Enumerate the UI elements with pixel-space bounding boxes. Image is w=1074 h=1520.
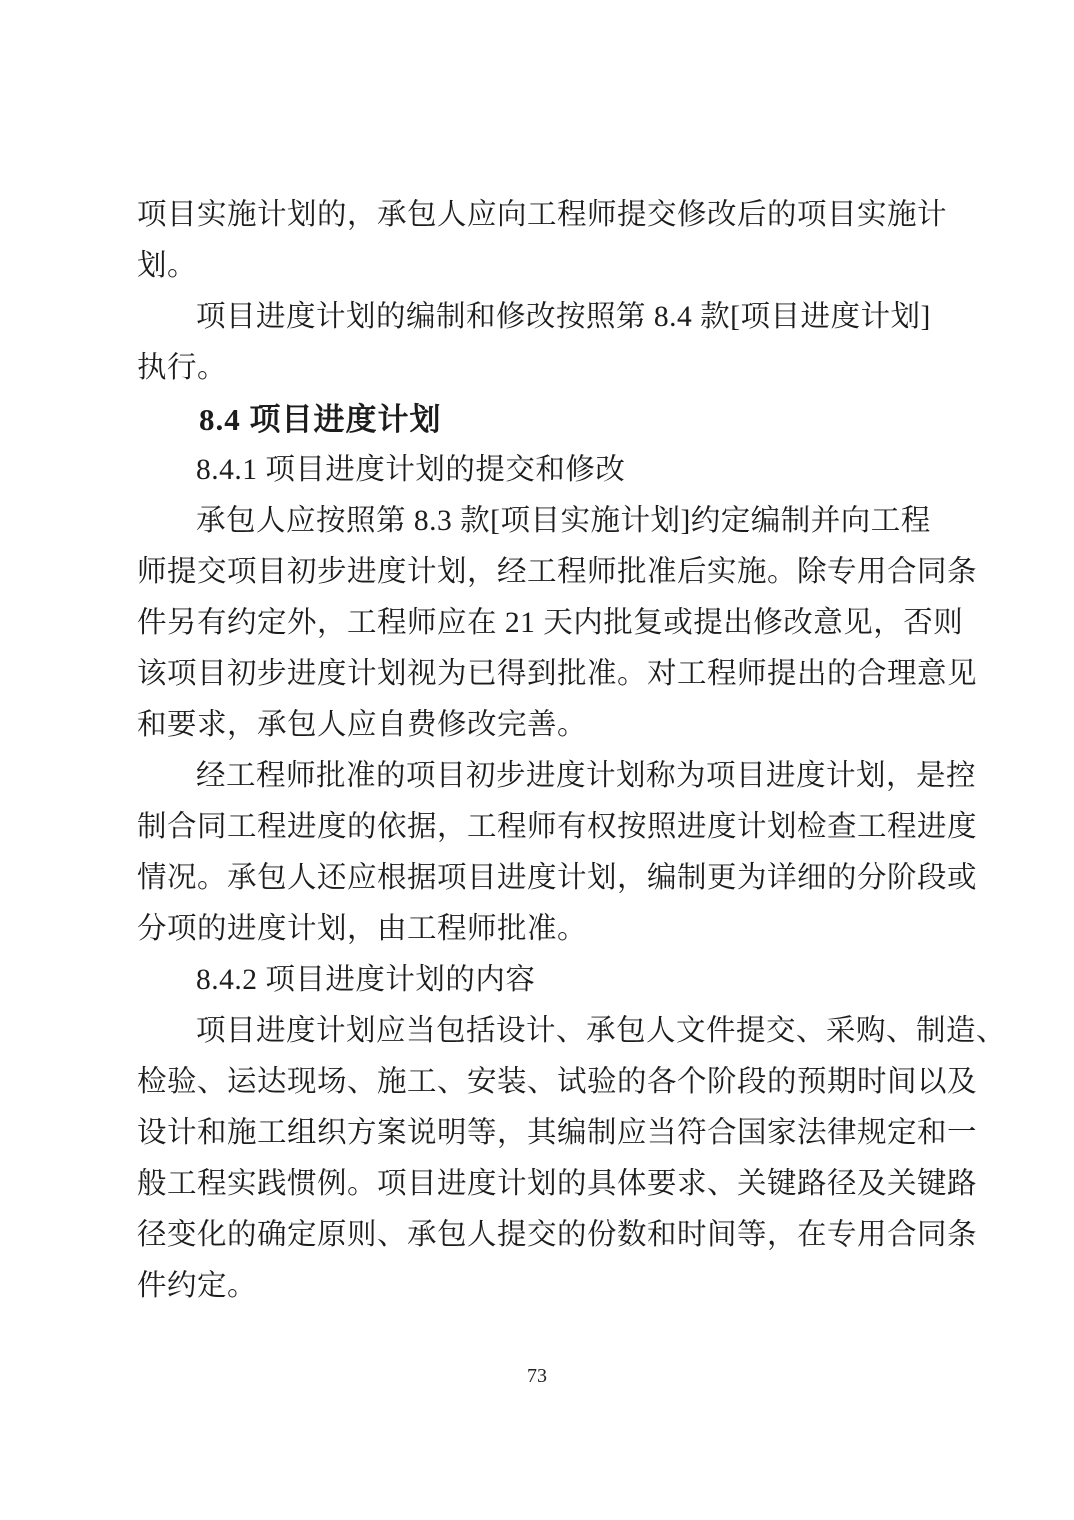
document-body: 项目实施计划的，承包人应向工程师提交修改后的项目实施计 划。 项目进度计划的编制… bbox=[137, 190, 947, 1312]
paragraph-implementation-plan-continuation: 项目实施计划的，承包人应向工程师提交修改后的项目实施计 划。 bbox=[137, 190, 947, 292]
paragraph-8-4-2-schedule-content: 项目进度计划应当包括设计、承包人文件提交、采购、制造、 检验、运达现场、施工、安… bbox=[137, 1006, 947, 1312]
heading-8-4: 8.4 项目进度计划 bbox=[137, 394, 947, 445]
document-page: 项目实施计划的，承包人应向工程师提交修改后的项目实施计 划。 项目进度计划的编制… bbox=[0, 0, 1074, 1520]
paragraph-8-4-1-submission-and-revision: 承包人应按照第 8.3 款[项目实施计划]约定编制并向工程 师提交项目初步进度计… bbox=[137, 496, 947, 751]
heading-8-4-2: 8.4.2 项目进度计划的内容 bbox=[137, 955, 947, 1006]
page-number: 73 bbox=[0, 1364, 1074, 1388]
heading-8-4-1: 8.4.1 项目进度计划的提交和修改 bbox=[137, 445, 947, 496]
paragraph-schedule-reference: 项目进度计划的编制和修改按照第 8.4 款[项目进度计划] 执行。 bbox=[137, 292, 947, 394]
paragraph-8-4-1-approved-schedule: 经工程师批准的项目初步进度计划称为项目进度计划，是控 制合同工程进度的依据，工程… bbox=[137, 751, 947, 955]
